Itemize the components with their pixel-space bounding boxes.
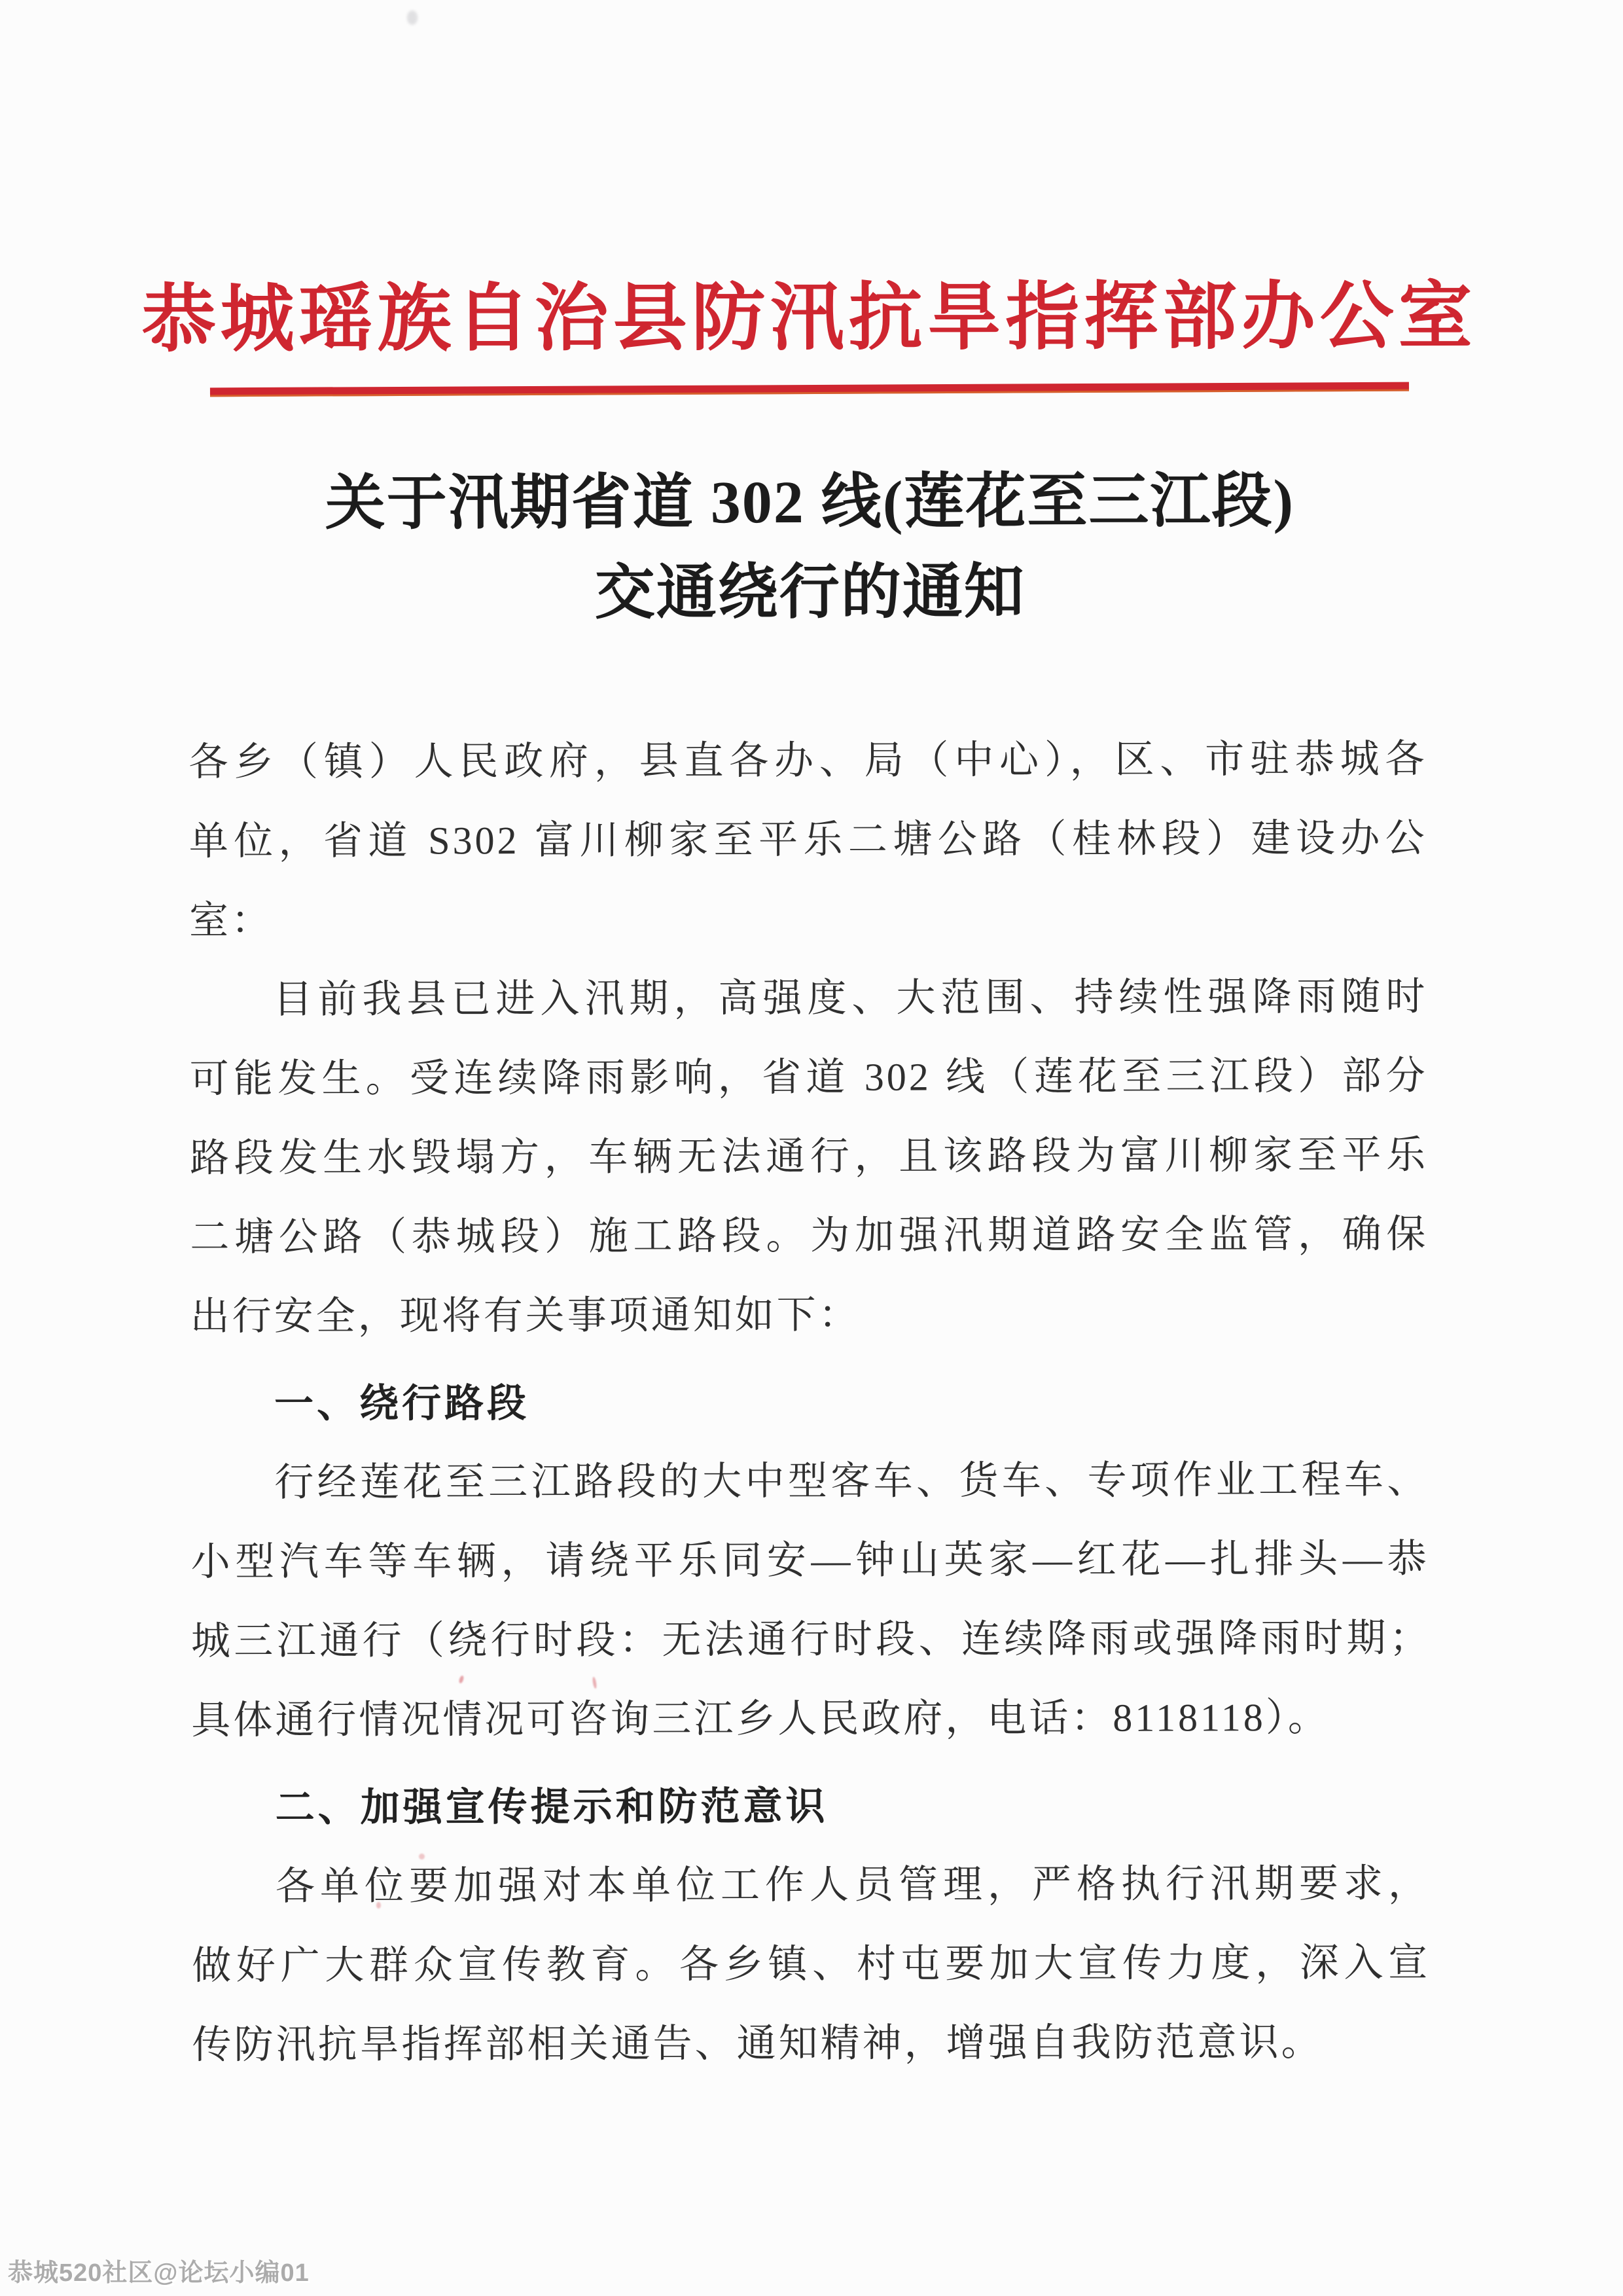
- body-line: 传防汛抗旱指挥部相关通告、通知精神，增强自我防范意识。: [192, 2003, 1430, 2085]
- scanned-document-page: 恭城瑶族自治县防汛抗旱指挥部办公室 关于汛期省道 302 线(莲花至三江段) 交…: [0, 0, 1623, 2296]
- body-line: 出行安全，现将有关事项通知如下：: [190, 1274, 1429, 1357]
- body-line: 单位，省道 S302 富川柳家至平乐二塘公路（桂林段）建设办公: [189, 799, 1427, 882]
- notice-title-line-1: 关于汛期省道 302 线(莲花至三江段): [0, 455, 1622, 549]
- notice-title-line-2: 交通绕行的通知: [0, 545, 1622, 639]
- body-line: 二塘公路（恭城段）施工路段。为加强汛期道路安全监管，确保: [190, 1195, 1428, 1278]
- body-line: 小型汽车等车辆，请绕平乐同安—钟山英家—红花—扎排头—恭: [190, 1520, 1429, 1602]
- section-heading-2: 二、加强宣传提示和防范意识: [191, 1765, 1429, 1848]
- body-line: 路段发生水毁塌方，车辆无法通行，且该路段为富川柳家至平乐: [190, 1116, 1428, 1198]
- body-line: 各乡（镇）人民政府，县直各办、局（中心），区、市驻恭城各: [188, 720, 1427, 802]
- body-line: 做好广大群众宣传教育。各乡镇、村屯要加大宣传力度，深入宣: [192, 1924, 1430, 2006]
- body-line: 城三江通行（绕行时段：无法通行时段、连续降雨或强降雨时期；: [191, 1599, 1429, 1681]
- body-line: 行经莲花至三江路段的大中型客车、货车、专项作业工程车、: [190, 1441, 1429, 1523]
- issuing-org-title: 恭城瑶族自治县防汛抗旱指挥部办公室: [0, 279, 1621, 357]
- document-content: 恭城瑶族自治县防汛抗旱指挥部办公室 关于汛期省道 302 线(莲花至三江段) 交…: [0, 0, 1623, 2296]
- forum-watermark: 恭城520社区@论坛小编01: [8, 2252, 310, 2288]
- notice-body: 各乡（镇）人民政府，县直各办、局（中心），区、市驻恭城各 单位，省道 S302 …: [188, 720, 1430, 2085]
- section-heading-1: 一、绕行路段: [190, 1361, 1429, 1444]
- body-line: 目前我县已进入汛期，高强度、大范围、持续性强降雨随时: [189, 958, 1427, 1040]
- red-divider-rule: [210, 382, 1409, 397]
- notice-title: 关于汛期省道 302 线(莲花至三江段) 交通绕行的通知: [0, 455, 1622, 639]
- body-line: 各单位要加强对本单位工作人员管理，严格执行汛期要求，: [192, 1844, 1430, 1927]
- body-line: 具体通行情况情况可咨询三江乡人民政府，电话：8118118）。: [191, 1678, 1429, 1761]
- body-line: 可能发生。受连续降雨影响，省道 302 线（莲花至三江段）部分: [190, 1037, 1428, 1119]
- body-line: 室：: [189, 878, 1427, 961]
